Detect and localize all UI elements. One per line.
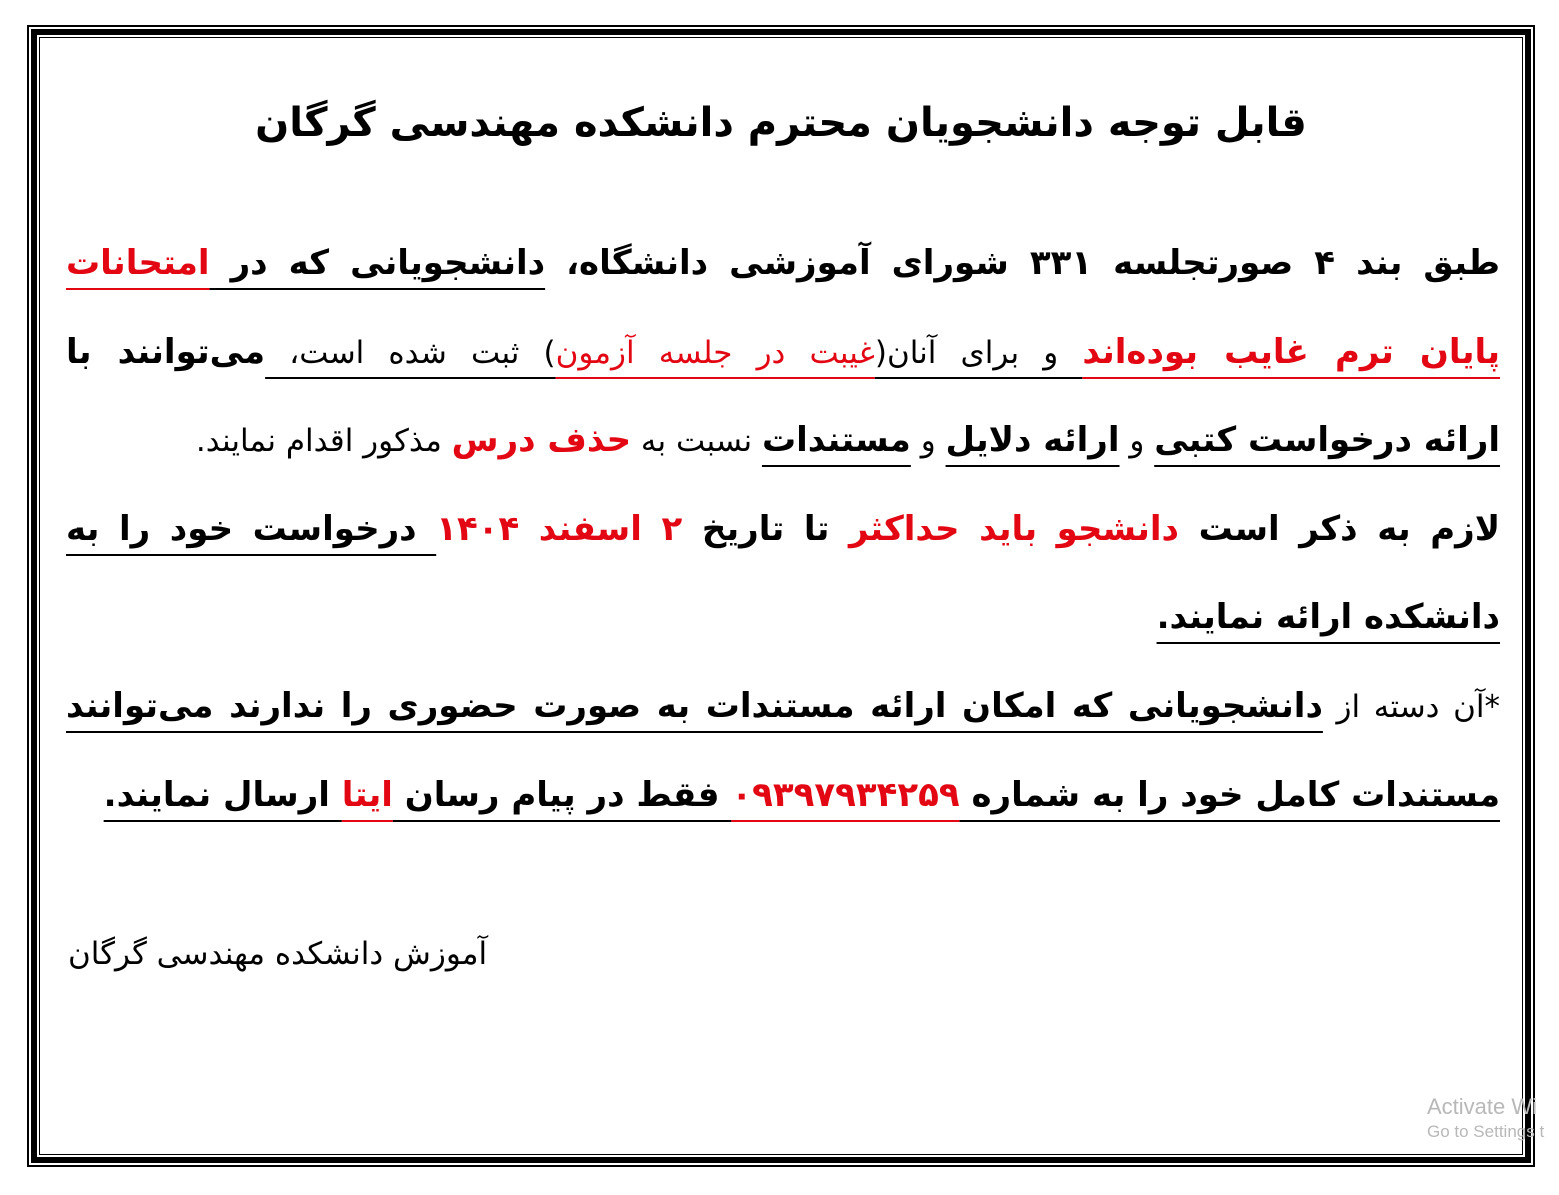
text-regulation-reference: طبق بند ۴ صورتجلسه ۳۳۱ شورای آموزشی دانش… (545, 243, 1500, 283)
paragraph1-line2: پایان ترم غایب بوده‌اند و برای آنان(غیبت… (66, 330, 1500, 375)
text-can-with: می‌توانند با (66, 332, 265, 372)
text-recorded: ) ثبت شده است، (265, 335, 556, 371)
text-students-who: دانشجویانی که در (210, 243, 546, 283)
text-provide-reasons: ارائه دلایل (946, 420, 1120, 460)
text-course-drop: حذف درس (452, 420, 631, 460)
paragraph3-line1: *آن دسته از دانشجویانی که امکان ارائه مس… (66, 684, 1500, 729)
paragraph1-line1: طبق بند ۴ صورتجلسه ۳۳۱ شورای آموزشی دانش… (66, 241, 1500, 285)
text-and: و (1120, 423, 1155, 459)
text-their-request-to: درخواست خود را به (66, 509, 436, 549)
notice-title: قابل توجه دانشجویان محترم دانشکده مهندسی… (40, 100, 1522, 146)
text-until-date: تا تاریخ (682, 509, 849, 549)
windows-activation-watermark: Activate Wi Go to Settings t (1427, 1093, 1544, 1142)
notice-page: قابل توجه دانشجویان محترم دانشکده مهندسی… (40, 38, 1522, 1154)
text-note: لازم به ذکر است (1179, 509, 1500, 549)
text-absent-final-exams: پایان ترم غایب بوده‌اند (1082, 332, 1500, 372)
text-and-for-them: و برای آنان( (875, 335, 1083, 371)
text-regarding: نسبت به (631, 423, 762, 459)
watermark-title: Activate Wi (1427, 1093, 1544, 1121)
text-absence-in-exam: غیبت در جلسه آزمون (556, 335, 875, 371)
text-exams-highlight: امتحانات (66, 243, 210, 283)
paragraph2-line2: دانشکده ارائه نمایند. (1157, 595, 1500, 639)
text-those-students: *آن دسته از (1323, 689, 1500, 725)
watermark-subtitle: Go to Settings t (1427, 1121, 1544, 1142)
text-eitaa-app: ایتا (342, 775, 393, 815)
text-deadline-date: ۲ اسفند ۱۴۰۴ (436, 509, 682, 549)
contact-phone-number: ۰۹۳۹۷۹۳۴۲۵۹ (731, 775, 959, 815)
text-cannot-submit-in-person: دانشجویانی که امکان ارائه مستندات به صور… (66, 686, 1323, 726)
text-written-request: ارائه درخواست کتبی (1154, 420, 1500, 460)
text-send: ارسال نمایند. (104, 775, 342, 815)
text-submit-to-faculty: دانشکده ارائه نمایند. (1157, 597, 1500, 637)
text-student-must-at-most: دانشجو باید حداکثر (849, 509, 1179, 549)
signature: آموزش دانشکده مهندسی گرگان (68, 936, 487, 972)
text-documents: مستندات (762, 420, 911, 460)
text-and: و (911, 423, 946, 459)
paragraph3-line2: مستندات کامل خود را به شماره ۰۹۳۹۷۹۳۴۲۵۹… (104, 773, 1500, 817)
paragraph1-line3: ارائه درخواست کتبی و ارائه دلایل و مستند… (196, 418, 1500, 463)
text-take-action: مذکور اقدام نمایند. (196, 423, 452, 459)
paragraph2-line1: لازم به ذکر است دانشجو باید حداکثر تا تا… (66, 507, 1500, 551)
text-only-in-messenger: فقط در پیام رسان (393, 775, 731, 815)
text-send-documents-to-number: مستندات کامل خود را به شماره (960, 775, 1500, 815)
